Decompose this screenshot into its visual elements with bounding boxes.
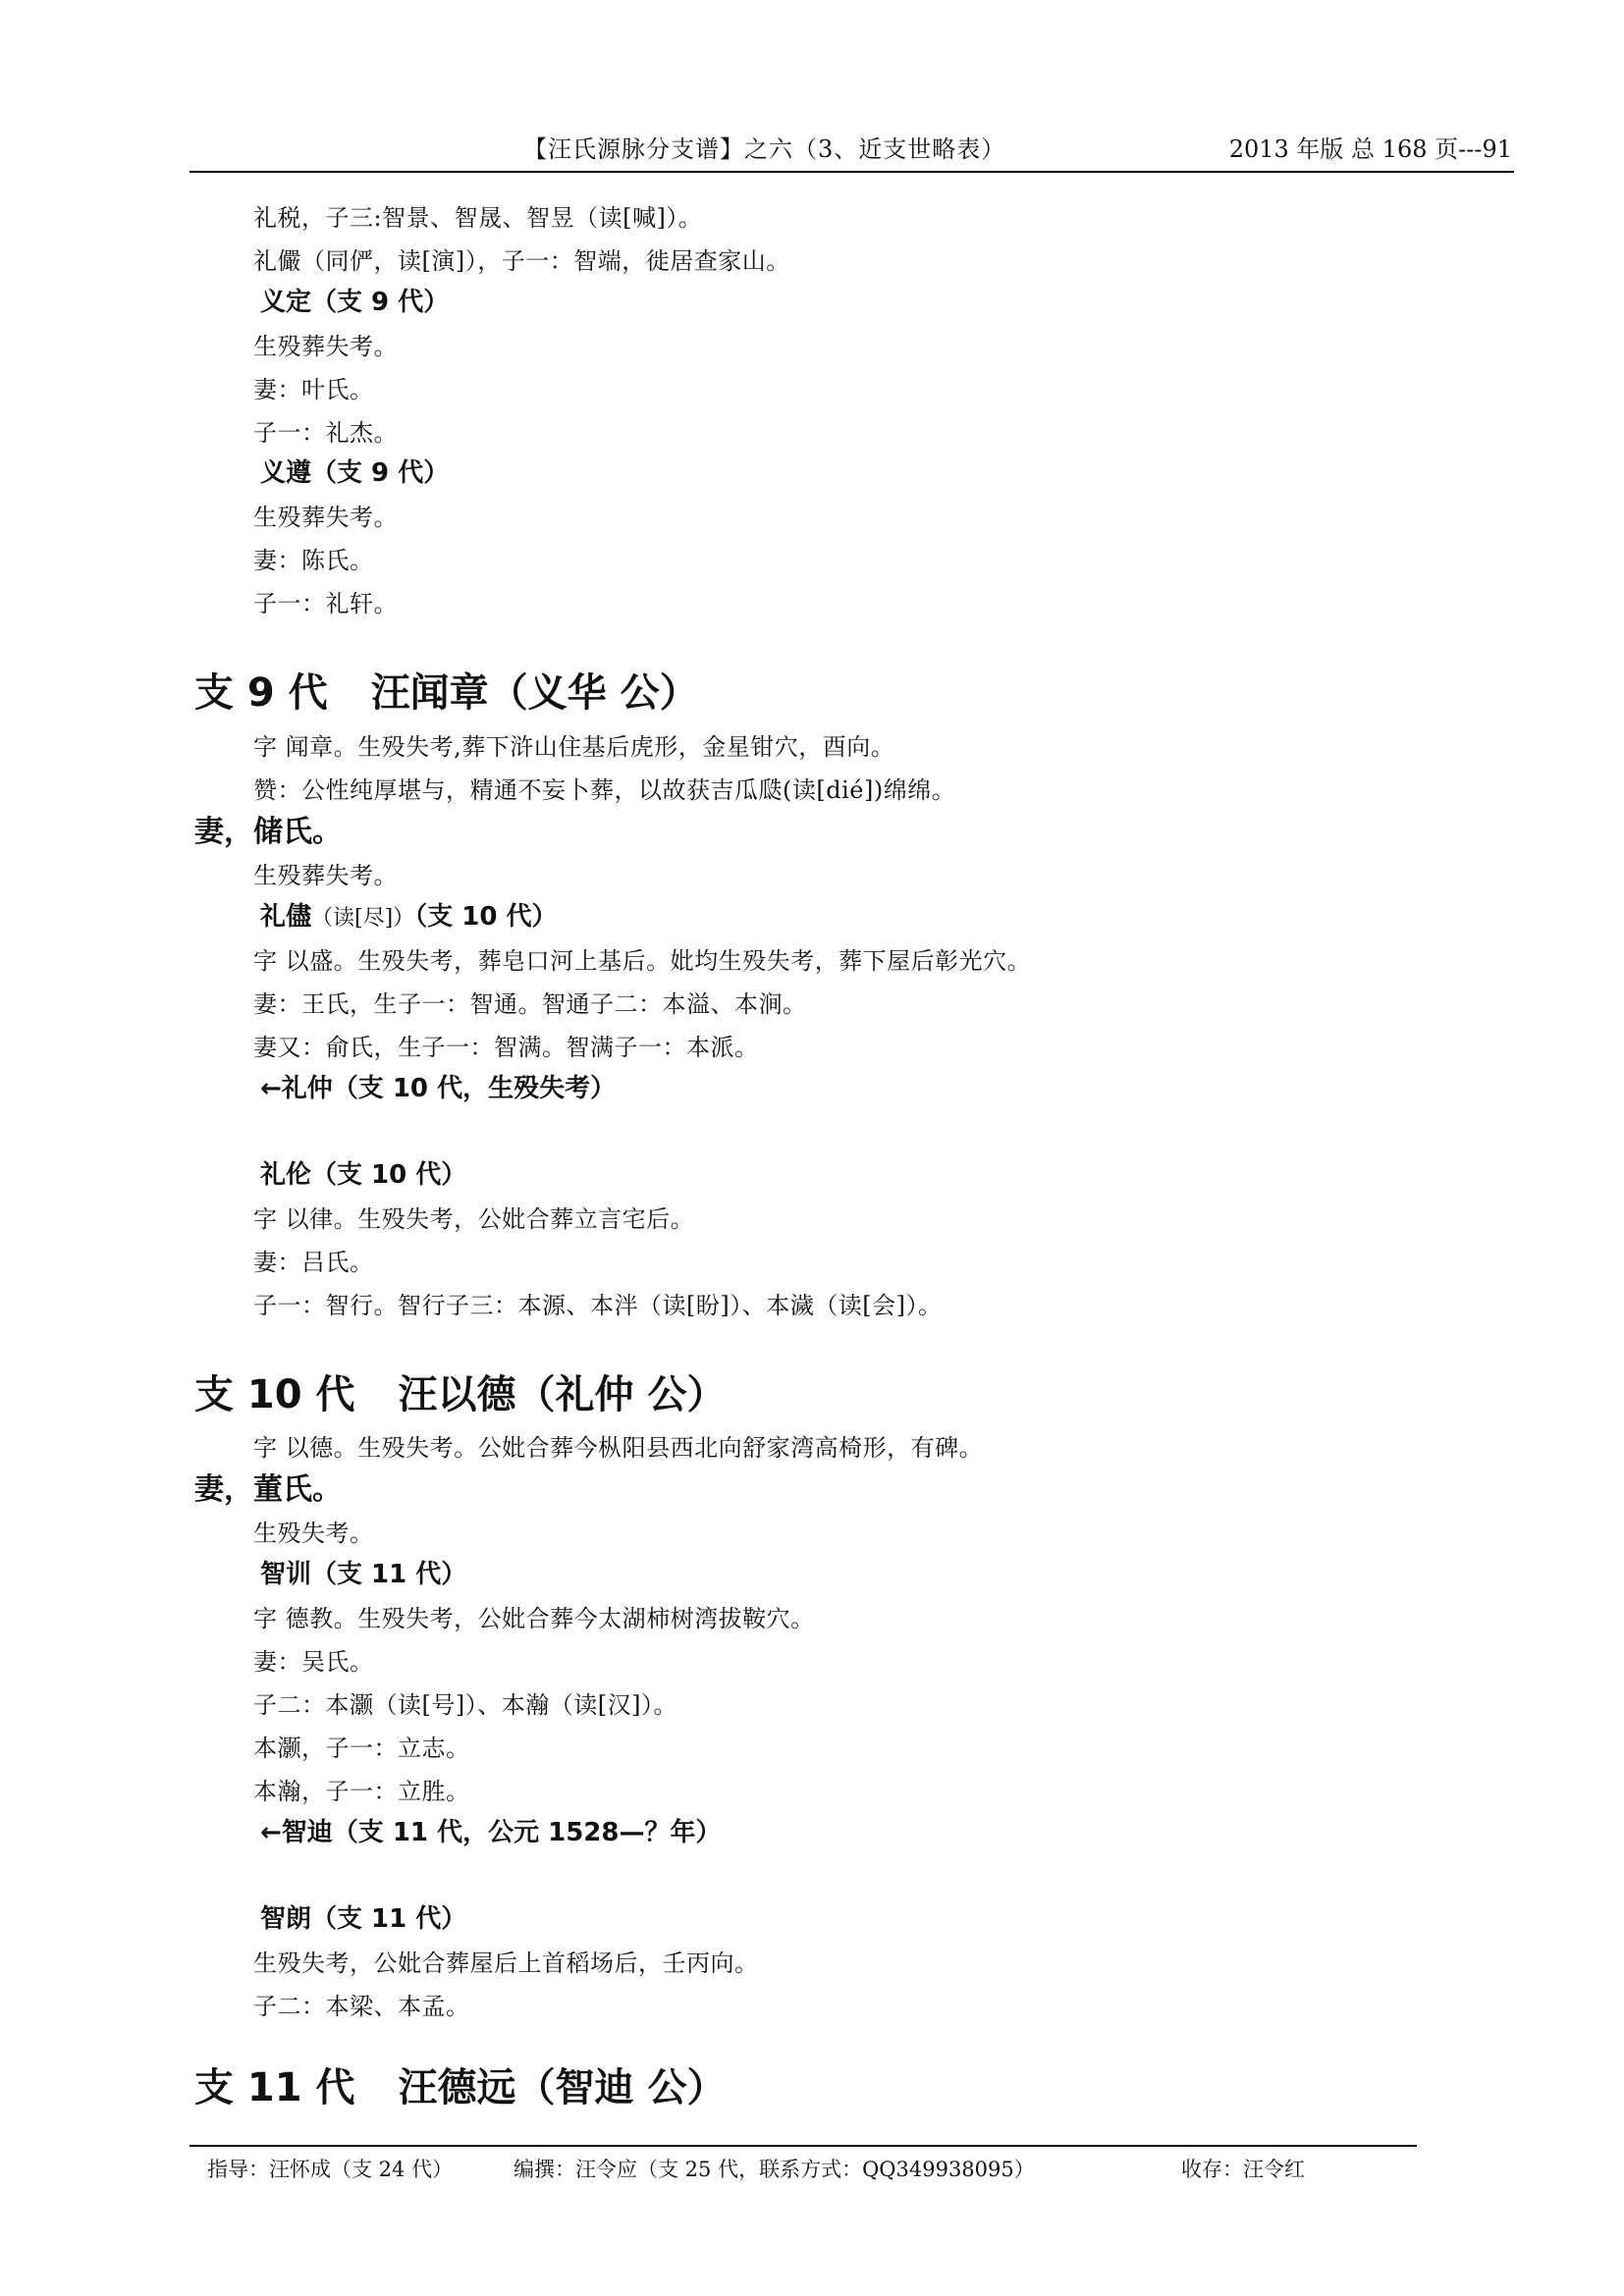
text-line: 生殁失考。 [253, 1519, 374, 1548]
generation-heading: 支 11 代汪德远（智迪 公） [194, 2065, 726, 2110]
text-line: 妻：王氏，生子一：智通。智通子二：本溢、本涧。 [253, 989, 807, 1019]
text-line: 妻：吴氏。 [253, 1647, 374, 1677]
text-line: 赞：公性纯厚堪与，精通不妄卜葬，以故获吉瓜瓞(读[dié])绵绵。 [253, 775, 955, 805]
text-line: 生殁葬失考。 [253, 861, 398, 890]
text-line: 妻又：俞氏，生子一：智满。智满子一：本派。 [253, 1033, 759, 1062]
document-title: 【汪氏源脉分支谱】之六（3、近支世略表） [523, 132, 1005, 167]
text-line: 妻：叶氏。 [253, 375, 374, 404]
text-line: 妻：吕氏。 [253, 1248, 374, 1277]
generation-label: 支 9 代 [194, 670, 328, 716]
text-line: 字 德教。生殁失考，公妣合葬今太湖柿树湾拔鞍穴。 [253, 1604, 815, 1633]
generation-note: （支 10 代） [414, 902, 557, 932]
text-line: 字 闻章。生殁失考,葬下浒山住基后虎形，金星钳穴，酉向。 [253, 732, 894, 762]
text-line: 子一：礼杰。 [253, 418, 398, 448]
text-line: 子一：智行。智行子三：本源、本泮（读[盼]）、本濊（读[会]）。 [253, 1291, 942, 1320]
text-line: 生殁葬失考。 [253, 503, 398, 532]
pronunciation-note: （读[尽]） [311, 906, 414, 931]
person-heading: 义定（支 9 代） [260, 287, 449, 318]
footer-keeper: 收存：汪令红 [1181, 2155, 1305, 2184]
person-heading: 智训（支 11 代） [260, 1559, 466, 1590]
wife-heading: 妻，储氏。 [194, 815, 342, 850]
text-line: 子二：本灏（读[号]）、本瀚（读[汉]）。 [253, 1690, 677, 1720]
ancestor-name: 汪以德（礼仲 公） [399, 1372, 727, 1417]
generation-heading: 支 9 代汪闻章（义华 公） [194, 670, 699, 716]
person-name: 礼儘 [260, 902, 311, 932]
text-line: 生殁葬失考。 [253, 332, 398, 361]
page-footer: 指导：汪怀成（支 24 代） 编撰：汪令应（支 25 代，联系方式：QQ3499… [189, 2145, 1417, 2147]
ancestor-name: 汪闻章（义华 公） [371, 670, 699, 716]
text-line: 妻：陈氏。 [253, 546, 374, 575]
page-header: 【汪氏源脉分支谱】之六（3、近支世略表） 2013 年版 总 168 页---9… [189, 132, 1514, 173]
text-line: 生殁失考，公妣合葬屋后上首稻场后，壬丙向。 [253, 1949, 759, 1978]
text-line: 本灏，子一：立志。 [253, 1734, 470, 1763]
generation-heading: 支 10 代汪以德（礼仲 公） [194, 1372, 726, 1417]
person-heading: 礼儘（读[尽]）（支 10 代） [260, 901, 557, 934]
text-line: 字 以盛。生殁失考，葬皂口河上基后。妣均生殁失考，葬下屋后彰光穴。 [253, 946, 1031, 976]
lineage-pointer-heading: ←礼仲（支 10 代，生殁失考） [260, 1073, 616, 1104]
ancestor-name: 汪德远（智迪 公） [399, 2065, 727, 2110]
person-heading: 礼伦（支 10 代） [260, 1159, 466, 1191]
person-heading: 义遵（支 9 代） [260, 457, 449, 489]
person-heading: 智朗（支 11 代） [260, 1903, 466, 1935]
page-number: 2013 年版 总 168 页---91 [1229, 132, 1512, 167]
text-line: 字 以律。生殁失考，公妣合葬立言宅后。 [253, 1204, 694, 1234]
generation-label: 支 10 代 [194, 1372, 355, 1417]
lineage-pointer-heading: ←智迪（支 11 代，公元 1528—？年） [260, 1817, 722, 1848]
wife-heading: 妻，董氏。 [194, 1472, 342, 1508]
text-line: 礼税，子三:智景、智晟、智昱（读[喊]）。 [253, 203, 702, 233]
text-line: 子二：本梁、本孟。 [253, 1992, 470, 2021]
text-line: 子一：礼轩。 [253, 589, 398, 618]
text-line: 字 以德。生殁失考。公妣合葬今枞阳县西北向舒家湾高椅形，有碑。 [253, 1433, 983, 1463]
generation-label: 支 11 代 [194, 2065, 355, 2110]
footer-editor: 编撰：汪令应（支 25 代，联系方式：QQ349938095） [514, 2155, 1035, 2184]
footer-guide: 指导：汪怀成（支 24 代） [207, 2155, 453, 2184]
text-line: 本瀚，子一：立胜。 [253, 1777, 470, 1806]
text-line: 礼儼（同俨，读[演]），子一：智端，徙居查家山。 [253, 246, 790, 276]
